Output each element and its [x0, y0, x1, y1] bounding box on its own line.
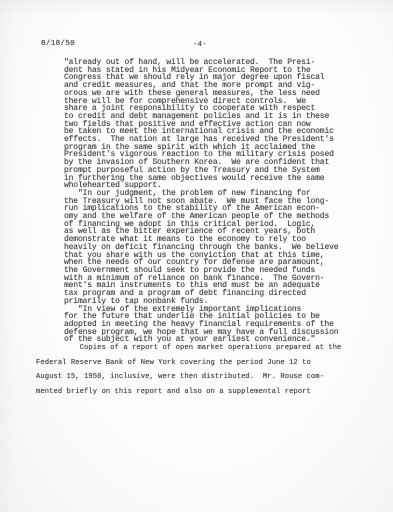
minutes-paragraph: Copies of a report of open market operat… [36, 341, 358, 399]
quoted-statement-block: "already out of hand, will be accelerate… [64, 59, 342, 344]
page-number: -4- [193, 41, 207, 49]
scan-shading-top [0, 0, 393, 18]
scan-shading-left [0, 0, 16, 512]
document-page: 8/18/50 -4- "already out of hand, will b… [0, 0, 393, 512]
header-date: 8/18/50 [41, 40, 75, 48]
